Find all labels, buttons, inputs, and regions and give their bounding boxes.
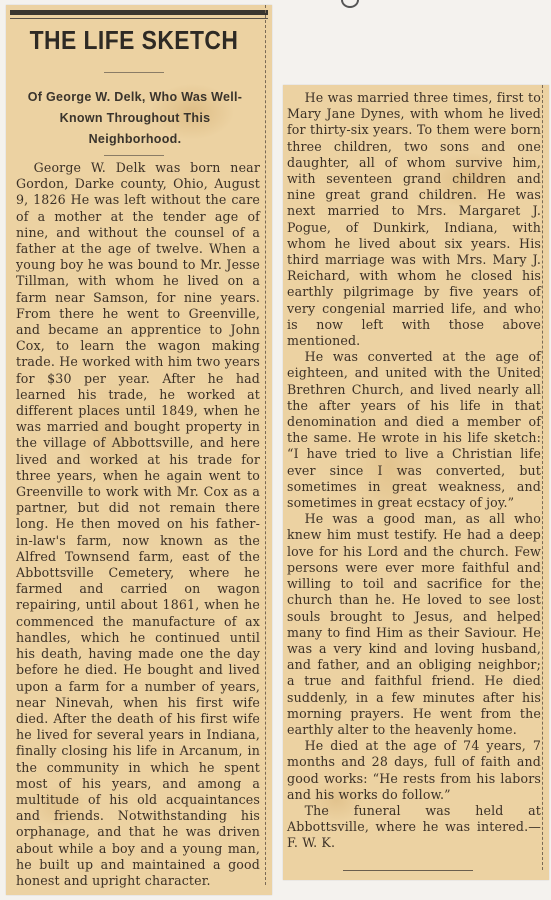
end-rule [343, 870, 473, 871]
subheadline: Of George W. Delk, Who Was Well-Known Th… [6, 87, 264, 150]
article-body-right: He was married three times, first to Mar… [287, 90, 541, 852]
paragraph: He died at the age of 74 years, 7 months… [287, 738, 541, 803]
paragraph: George W. Delk was born near Gordon, Dar… [16, 160, 260, 889]
clipping-left: THE LIFE SKETCH Of George W. Delk, Who W… [6, 5, 272, 895]
paragraph: He was a good man, as all who knew him m… [287, 511, 541, 738]
paragraph: The funeral was held at Abbottsville, wh… [287, 803, 541, 852]
paragraph: He was married three times, first to Mar… [287, 90, 541, 349]
header-rule-thick [10, 10, 268, 15]
column-rule [265, 5, 266, 885]
article-body-left: George W. Delk was born near Gordon, Dar… [16, 160, 260, 889]
paragraph: He was converted at the age of eighteen,… [287, 349, 541, 511]
column-rule [542, 85, 543, 870]
header-rule-thin [10, 18, 268, 19]
divider [104, 72, 164, 73]
binder-ring [341, 0, 359, 8]
headline: THE LIFE SKETCH [21, 25, 246, 56]
divider [104, 155, 164, 156]
